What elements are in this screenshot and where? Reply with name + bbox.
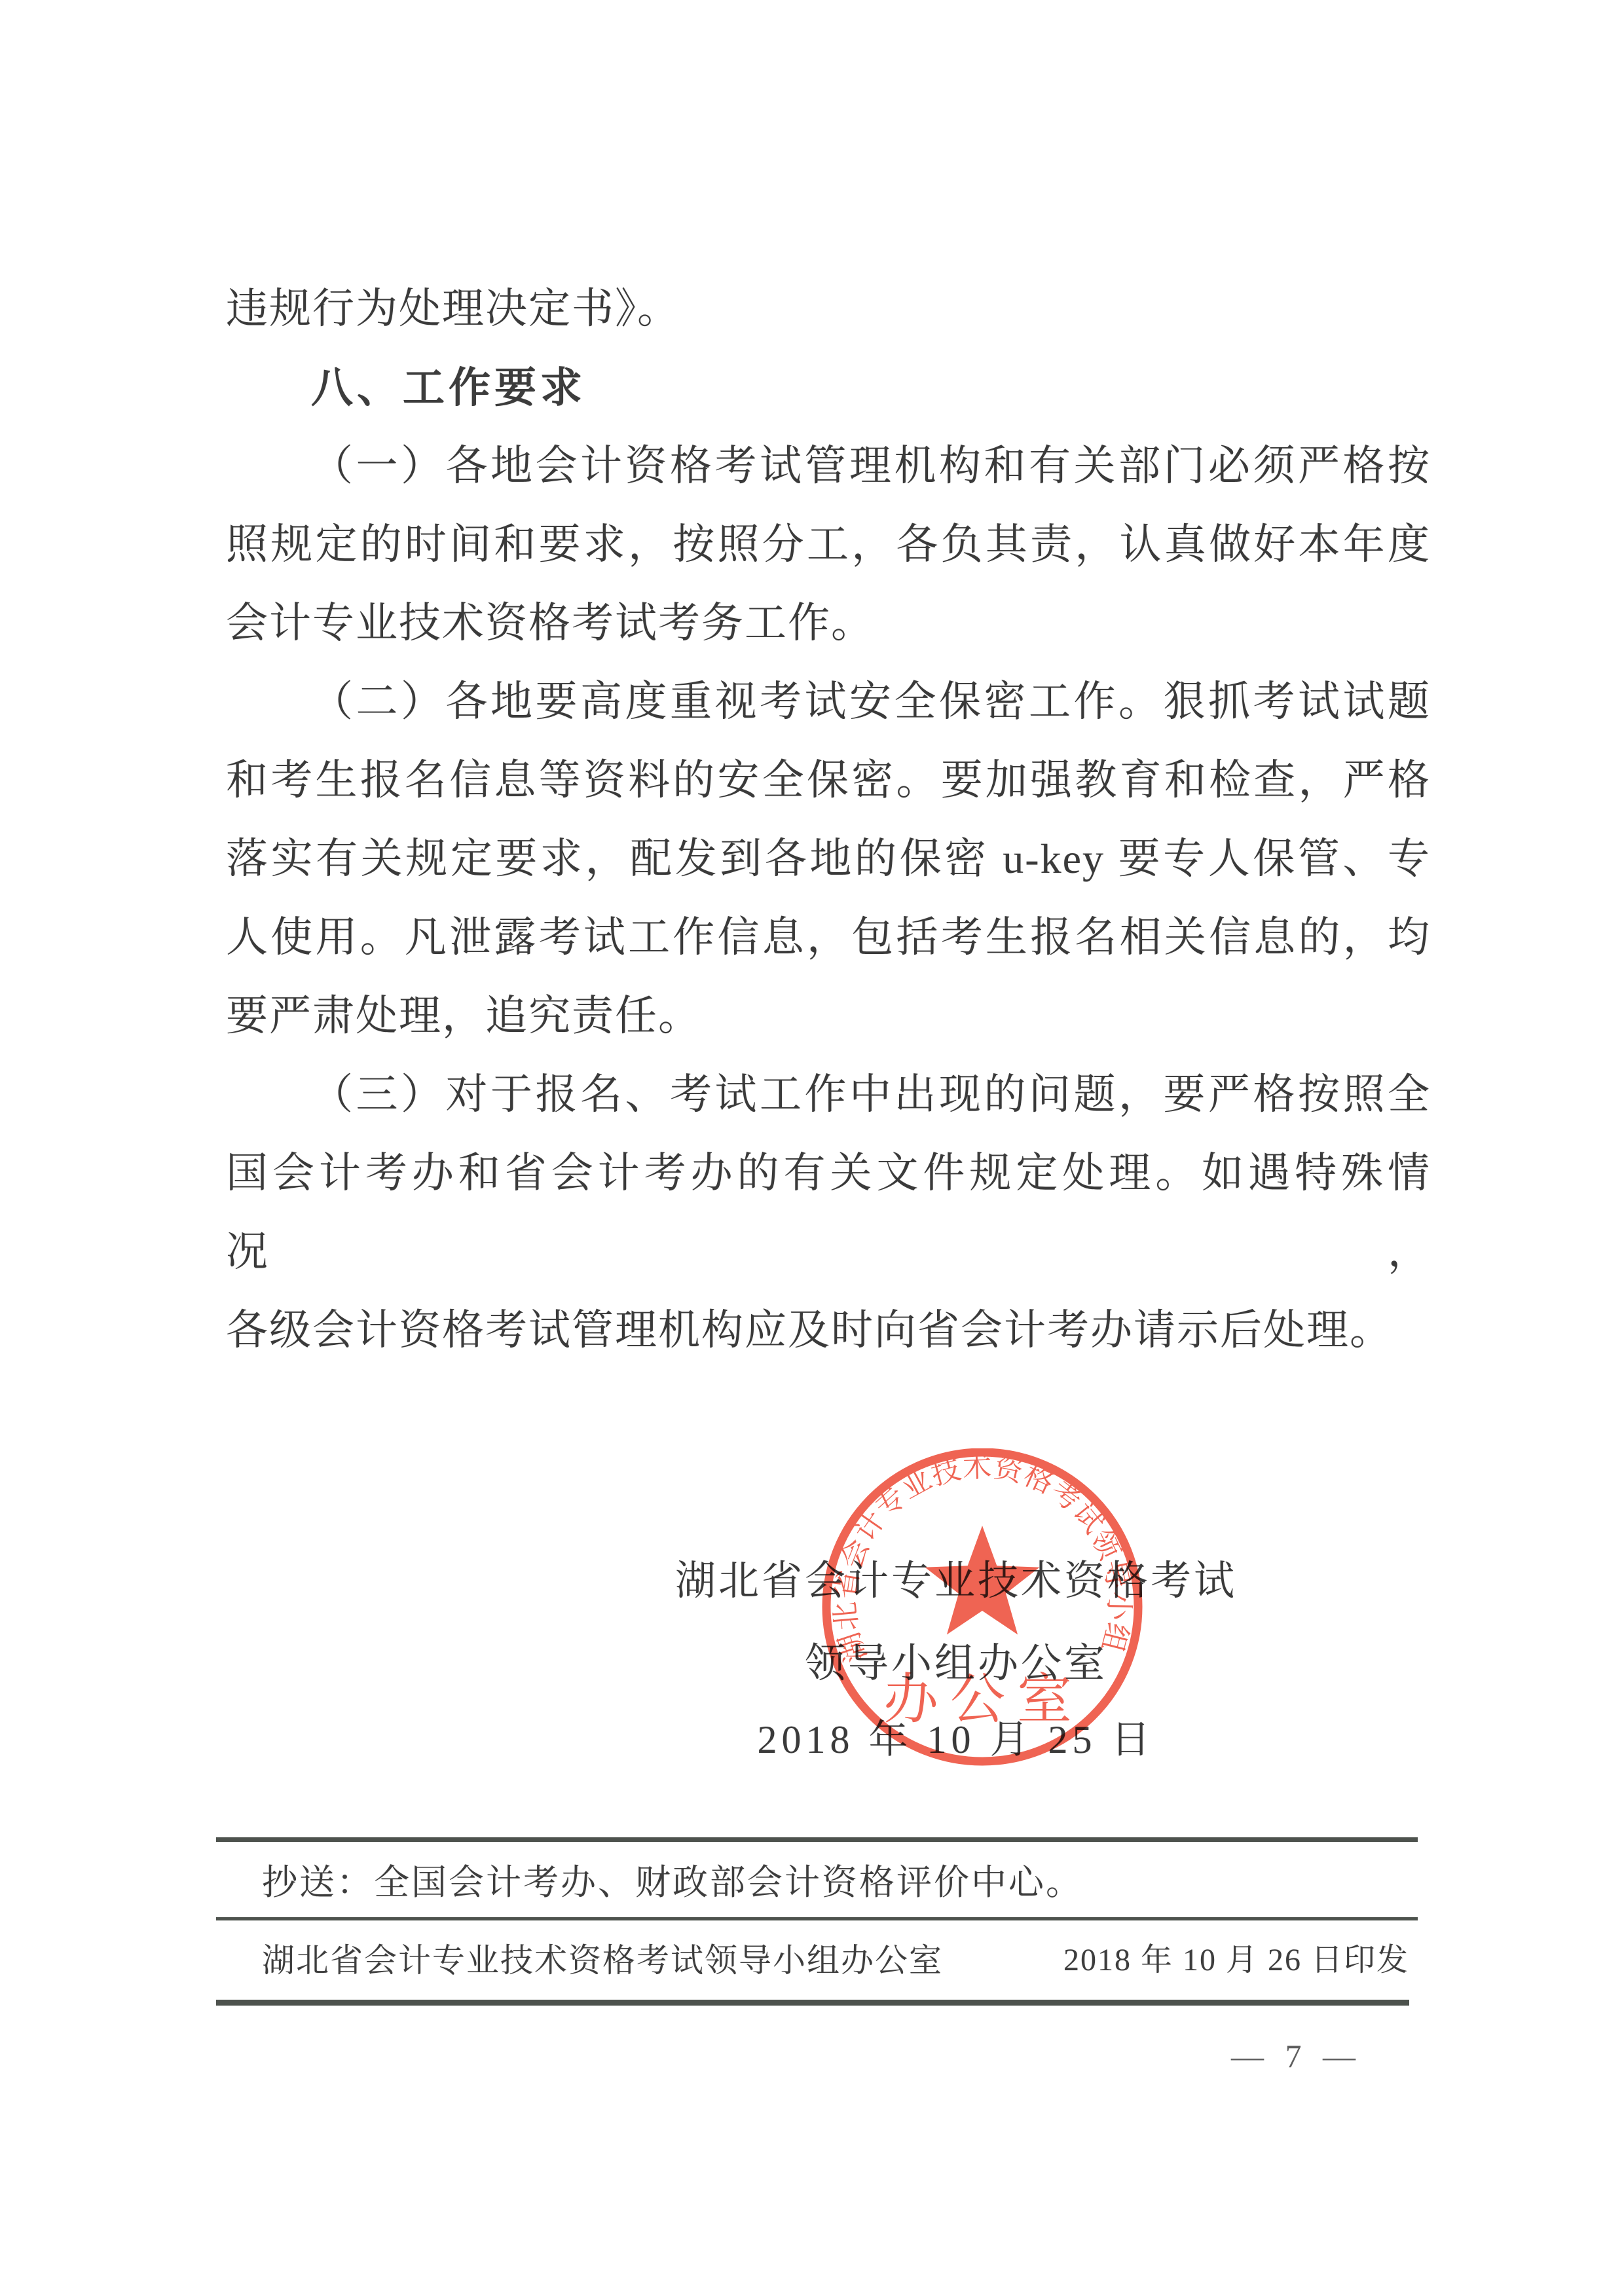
issuer-row: 湖北省会计专业技术资格考试领导小组办公室 2018 年 10 月 26 日印发	[262, 1939, 1409, 1981]
footer-separator-bottom	[216, 2000, 1409, 2006]
body-line: （一）各地会计资格考试管理机构和有关部门必须严格按	[226, 427, 1431, 505]
body-line: 违规行为处理决定书》。	[226, 270, 1431, 348]
seal-center-text: 办公室	[883, 1670, 1084, 1731]
body-line: 落实有关规定要求，配发到各地的保密 u-key 要专人保管、专	[226, 820, 1431, 898]
page-number: — 7 —	[1198, 2036, 1395, 2076]
body-line: 会计专业技术资格考试考务工作。	[226, 584, 1431, 663]
body-line: （三）对于报名、考试工作中出现的问题，要严格按照全	[226, 1056, 1431, 1134]
cc-line: 抄送：全国会计考办、财政部会计资格评价中心。	[262, 1861, 1414, 1904]
body-line: 要严肃处理，追究责任。	[226, 977, 1431, 1056]
issuer-name: 湖北省会计专业技术资格考试领导小组办公室	[262, 1939, 943, 1981]
body-line: 人使用。凡泄露考试工作信息，包括考生报名相关信息的，均	[226, 898, 1431, 977]
document-page: 违规行为处理决定书》。 八、工作要求 （一）各地会计资格考试管理机构和有关部门必…	[0, 0, 1624, 2295]
footer-separator-top	[216, 1837, 1418, 1842]
section-heading: 八、工作要求	[226, 348, 1431, 427]
print-date: 2018 年 10 月 26 日印发	[1063, 1939, 1409, 1981]
footer-separator-middle	[216, 1917, 1418, 1920]
body-line: 国会计考办和省会计考办的有关文件规定处理。如遇特殊情况，	[226, 1134, 1431, 1291]
body-line: 和考生报名信息等资料的安全保密。要加强教育和检查，严格	[226, 741, 1431, 820]
official-seal: 湖北省会计专业技术资格考试领导小组 办公室	[817, 1448, 1148, 1769]
seal-star-icon	[925, 1526, 1040, 1634]
body-line: （二）各地要高度重视考试安全保密工作。狠抓考试试题	[226, 663, 1431, 741]
document-body: 违规行为处理决定书》。 八、工作要求 （一）各地会计资格考试管理机构和有关部门必…	[226, 270, 1431, 1370]
body-line: 各级会计资格考试管理机构应及时向省会计考办请示后处理。	[226, 1291, 1431, 1370]
body-line: 照规定的时间和要求，按照分工，各负其责，认真做好本年度	[226, 505, 1431, 584]
